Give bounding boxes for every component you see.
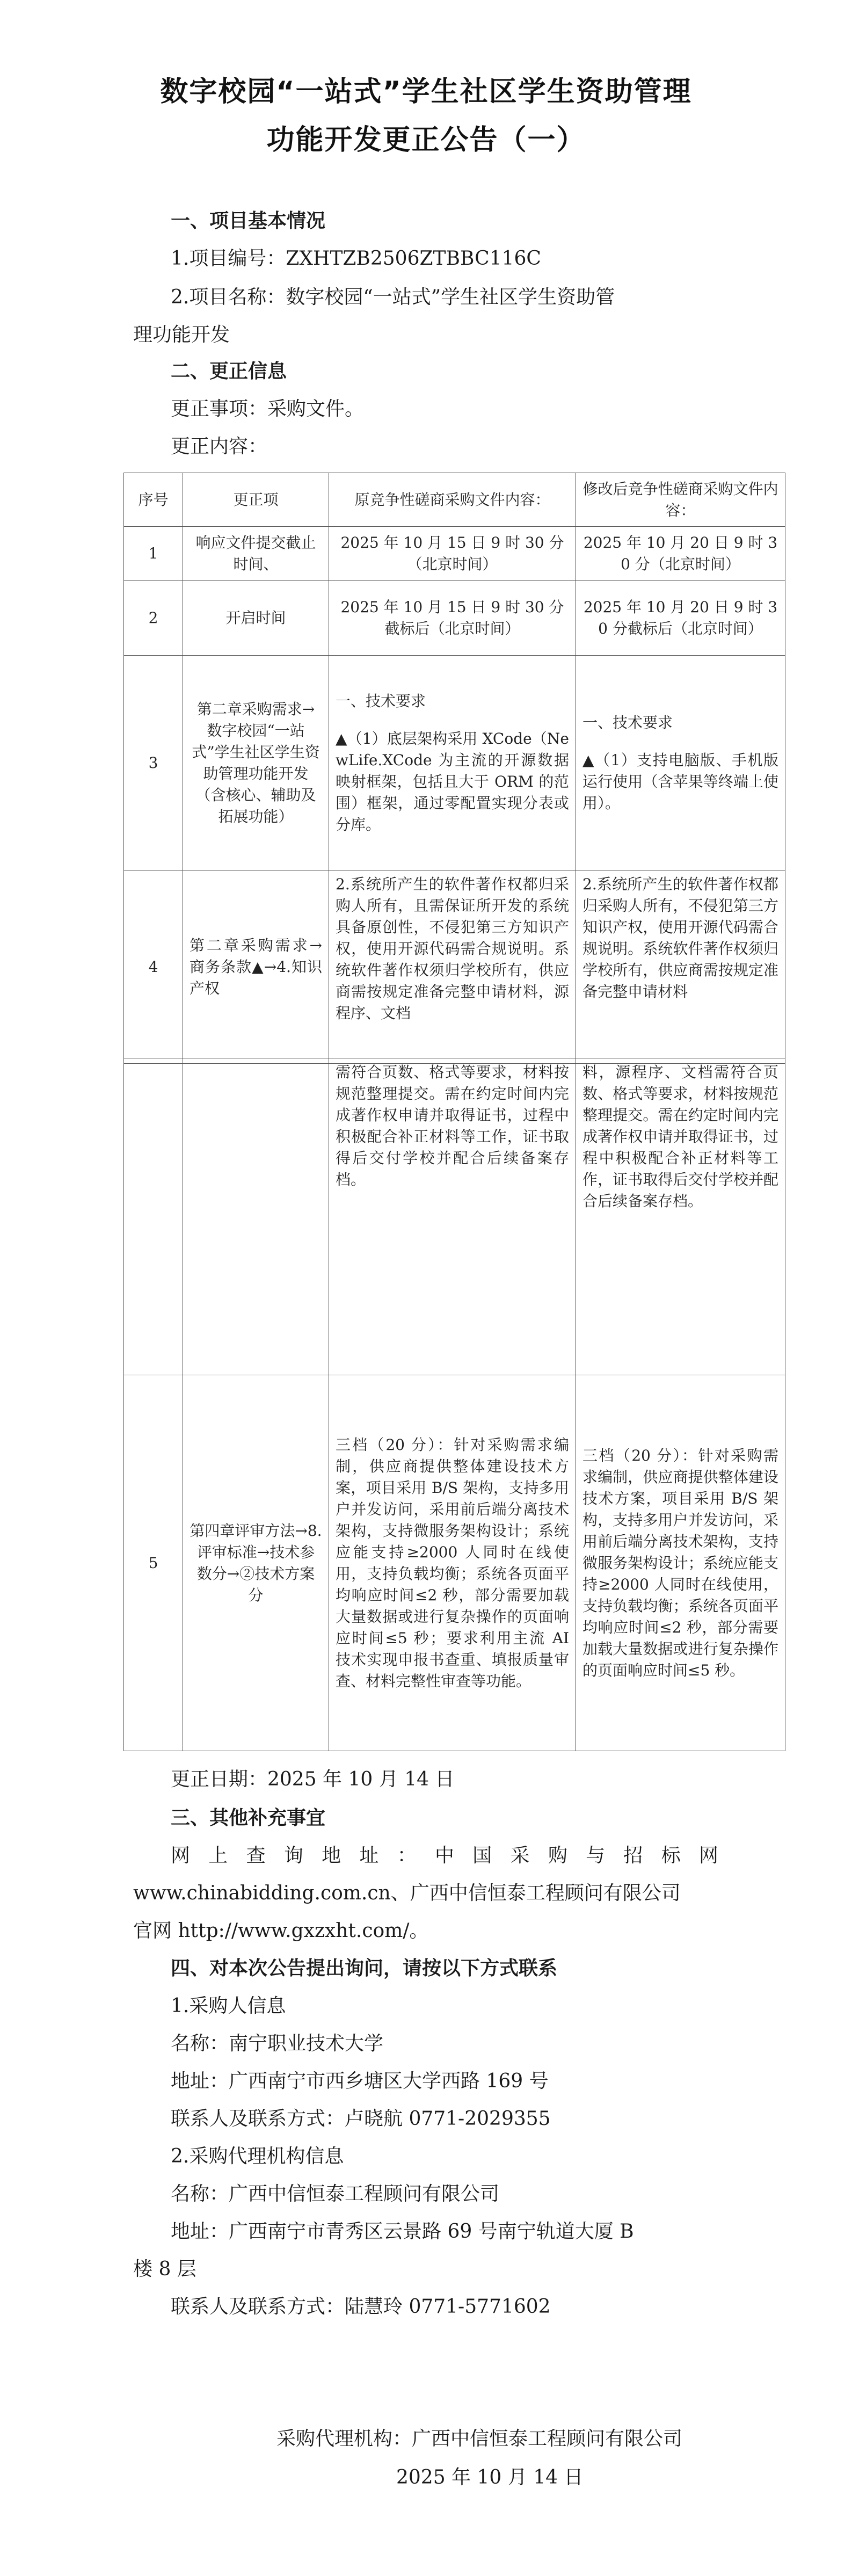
row-no: 2 xyxy=(124,580,183,656)
row-revised: 2.系统所产生的软件著作权都归采购人所有，不侵犯第三方知识产权，使用开源代码需合… xyxy=(576,870,785,1064)
correction-date: 更正日期：2025 年 10 月 14 日 xyxy=(171,1767,454,1793)
row-revised: 一、技术要求 ▲（1）支持电脑版、手机版运行使用（含苹果等终端上使用）。 xyxy=(576,656,785,870)
row-original: 2025 年 10 月 15 日 9 时 30 分截标后（北京时间） xyxy=(329,580,576,656)
header-original: 原竞争性磋商采购文件内容： xyxy=(329,473,576,527)
table-row: 1 响应文件提交截止时间、 2025 年 10 月 15 日 9 时 30 分（… xyxy=(124,527,785,580)
agency-address-line1: 地址：广西南宁市青秀区云景路 69 号南宁轨道大厦 B xyxy=(171,2219,634,2245)
row-original: 2.系统所产生的软件著作权都归采购人所有，且需保证所开发的系统具备原创性，不侵犯… xyxy=(329,870,576,1064)
query-address-line1: 网上查询地址：中国采购与招标网 xyxy=(171,1843,718,1869)
agency-name: 名称：广西中信恒泰工程顾问有限公司 xyxy=(171,2181,499,2207)
header-revised: 修改后竞争性磋商采购文件内容： xyxy=(576,473,785,527)
footer-date: 2025 年 10 月 14 日 xyxy=(396,2465,583,2491)
row-no: 3 xyxy=(124,656,183,870)
purchaser-name: 名称：南宁职业技术大学 xyxy=(171,2031,383,2057)
row-no: 5 xyxy=(124,1375,183,1751)
correction-content-label: 更正内容： xyxy=(171,434,267,460)
table-row: 2 开启时间 2025 年 10 月 15 日 9 时 30 分截标后（北京时间… xyxy=(124,580,785,656)
row-item: 第二章采购需求→商务条款▲→4.知识产权 xyxy=(183,870,329,1064)
row-item: 第二章采购需求→数字校园“一站式”学生社区学生资助管理功能开发（含核心、辅助及拓… xyxy=(183,656,329,870)
table-row: 5 第四章评审方法→8.评审标准→技术参数分→②技术方案分 三档（20 分）：针… xyxy=(124,1375,785,1751)
header-item: 更正项 xyxy=(183,473,329,527)
table-row: 3 第二章采购需求→数字校园“一站式”学生社区学生资助管理功能开发（含核心、辅助… xyxy=(124,656,785,870)
project-name-line2: 理功能开发 xyxy=(133,322,230,348)
correction-matter: 更正事项：采购文件。 xyxy=(171,396,364,422)
correction-table-part1: 序号 更正项 原竞争性磋商采购文件内容： 修改后竞争性磋商采购文件内容： 1 响… xyxy=(123,473,785,1064)
row-revised: 2025 年 10 月 20 日 9 时 30 分（北京时间） xyxy=(576,527,785,580)
row-no xyxy=(124,1058,183,1375)
revised-subtitle: 一、技术要求 xyxy=(582,712,778,734)
section2-heading: 二、更正信息 xyxy=(171,359,287,384)
revised-text: ▲（1）支持电脑版、手机版运行使用（含苹果等终端上使用）。 xyxy=(582,750,778,814)
row-item: 响应文件提交截止时间、 xyxy=(183,527,329,580)
query-address-line2: www.chinabidding.com.cn、广西中信恒泰工程顾问有限公司 xyxy=(133,1881,681,1906)
purchaser-address: 地址：广西南宁市西乡塘区大学西路 169 号 xyxy=(171,2069,549,2094)
footer-agency: 采购代理机构：广西中信恒泰工程顾问有限公司 xyxy=(276,2426,682,2452)
row-original: 需符合页数、格式等要求，材料按规范整理提交。需在约定时间内完成著作权申请并取得证… xyxy=(329,1058,576,1375)
agency-address-line2: 楼 8 层 xyxy=(133,2256,196,2282)
table-row: 4 第二章采购需求→商务条款▲→4.知识产权 2.系统所产生的软件著作权都归采购… xyxy=(124,870,785,1064)
row-no: 4 xyxy=(124,870,183,1064)
agency-contact: 联系人及联系方式：陆慧玲 0771-5771602 xyxy=(171,2294,551,2320)
purchaser-label: 1.采购人信息 xyxy=(171,1993,286,2019)
row-no: 1 xyxy=(124,527,183,580)
original-text: ▲（1）底层架构采用 XCode（NewLife.XCode 为主流的开源数据映… xyxy=(336,728,569,836)
row-item xyxy=(183,1058,329,1375)
section3-heading: 三、其他补充事宜 xyxy=(171,1805,325,1831)
row-item: 第四章评审方法→8.评审标准→技术参数分→②技术方案分 xyxy=(183,1375,329,1751)
agency-label: 2.采购代理机构信息 xyxy=(171,2144,344,2169)
row-item: 开启时间 xyxy=(183,580,329,656)
project-name-line1: 2.项目名称：数字校园“一站式”学生社区学生资助管 xyxy=(171,285,615,310)
row-original: 三档（20 分）：针对采购需求编制，供应商提供整体建设技术方案，项目采用 B/S… xyxy=(329,1375,576,1751)
original-subtitle: 一、技术要求 xyxy=(336,691,569,712)
page-title-line1: 数字校园“一站式”学生社区学生资助管理 xyxy=(0,69,852,109)
row-revised: 料，源程序、文档需符合页数、格式等要求，材料按规范整理提交。需在约定时间内完成著… xyxy=(576,1058,785,1375)
row-revised: 三档（20 分）：针对采购需求编制，供应商提供整体建设技术方案，项目采用 B/S… xyxy=(576,1375,785,1751)
header-no: 序号 xyxy=(124,473,183,527)
page-title-line2: 功能开发更正公告（一） xyxy=(0,117,852,157)
purchaser-contact: 联系人及联系方式：卢晓航 0771-2029355 xyxy=(171,2106,551,2132)
row-revised: 2025 年 10 月 20 日 9 时 30 分截标后（北京时间） xyxy=(576,580,785,656)
correction-table-part2: 需符合页数、格式等要求，材料按规范整理提交。需在约定时间内完成著作权申请并取得证… xyxy=(123,1058,785,1751)
table-header-row: 序号 更正项 原竞争性磋商采购文件内容： 修改后竞争性磋商采购文件内容： xyxy=(124,473,785,527)
section4-heading: 四、对本次公告提出询问，请按以下方式联系 xyxy=(171,1956,557,1982)
table-row-continued: 需符合页数、格式等要求，材料按规范整理提交。需在约定时间内完成著作权申请并取得证… xyxy=(124,1058,785,1375)
query-address-line3: 官网 http://www.gxzxht.com/。 xyxy=(133,1918,428,1944)
section1-heading: 一、项目基本情况 xyxy=(171,208,325,234)
row-original: 一、技术要求 ▲（1）底层架构采用 XCode（NewLife.XCode 为主… xyxy=(329,656,576,870)
row-original: 2025 年 10 月 15 日 9 时 30 分（北京时间） xyxy=(329,527,576,580)
project-number: 1.项目编号：ZXHTZB2506ZTBBC116C xyxy=(171,246,541,272)
